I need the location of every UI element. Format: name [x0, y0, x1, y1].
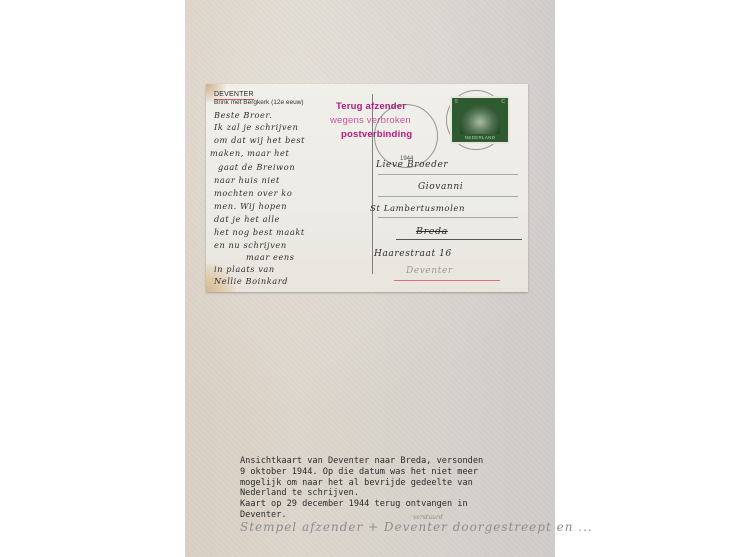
red-strike-line: [394, 280, 500, 281]
lion-stamp-icon: 5 C NEDERLAND: [450, 96, 510, 144]
address-line: Haarestraat 16: [374, 249, 452, 259]
address-line: Breda: [416, 226, 448, 237]
address-line: Lieve Broeder: [376, 160, 448, 170]
address-line: Giovanni: [418, 182, 463, 192]
address-rule: [378, 174, 518, 175]
message-line: Nellie Boinkard: [214, 276, 288, 286]
stamp-value: C: [501, 99, 505, 105]
postcard: DEVENTER Brink met Bergkerk (12e eeuw) B…: [206, 84, 528, 292]
address-rule: [378, 196, 518, 197]
typed-caption: Ansichtkaart van Deventer naar Breda, ve…: [240, 456, 540, 521]
message-line: en nu schrijven: [214, 240, 287, 250]
caption-line: Ansichtkaart van Deventer naar Breda, ve…: [240, 456, 540, 467]
caption-line: mogelijk om naar het al bevrijde gedeelt…: [240, 478, 540, 489]
address-rule: [378, 217, 518, 218]
caption-line: 9 oktober 1944. Op die datum was het nie…: [240, 467, 540, 478]
pencil-note: Stempel afzender + Deventer doorgestreep…: [240, 520, 593, 534]
address-rule: [396, 239, 522, 240]
caption-line: Kaart op 29 december 1944 terug ontvange…: [240, 499, 540, 510]
stamp-country: NEDERLAND: [456, 135, 504, 140]
message-line: men. Wij hopen: [214, 201, 287, 211]
stamp-arch: [460, 104, 500, 134]
message-line: maken, maar het: [210, 148, 289, 158]
postcard-printed-title: DEVENTER: [214, 91, 254, 98]
caption-line: Nederland te schrijven.: [240, 488, 540, 499]
message-line: Beste Broer.: [214, 110, 272, 120]
printed-title-text: DEVENTER: [214, 91, 254, 98]
address-line: St Lambertusmolen: [370, 204, 465, 214]
message-line: mochten over ko: [214, 188, 292, 198]
message-line: het nog best maakt: [214, 227, 305, 237]
message-line: naar huis niet: [214, 175, 280, 185]
message-line: gaat de Breiwon: [218, 162, 295, 172]
message-line: dat je het alle: [214, 214, 280, 224]
address-line-crossed: Deventer: [406, 266, 453, 276]
message-line: in plaats van: [214, 264, 275, 274]
stamp-value: 5: [455, 99, 458, 105]
message-line: om dat wij het best: [214, 135, 305, 145]
message-line: Ik zal je schrijven: [214, 122, 298, 132]
postcard-printed-subtitle: Brink met Bergkerk (12e eeuw): [214, 99, 304, 106]
message-line: maar eens: [246, 252, 295, 262]
